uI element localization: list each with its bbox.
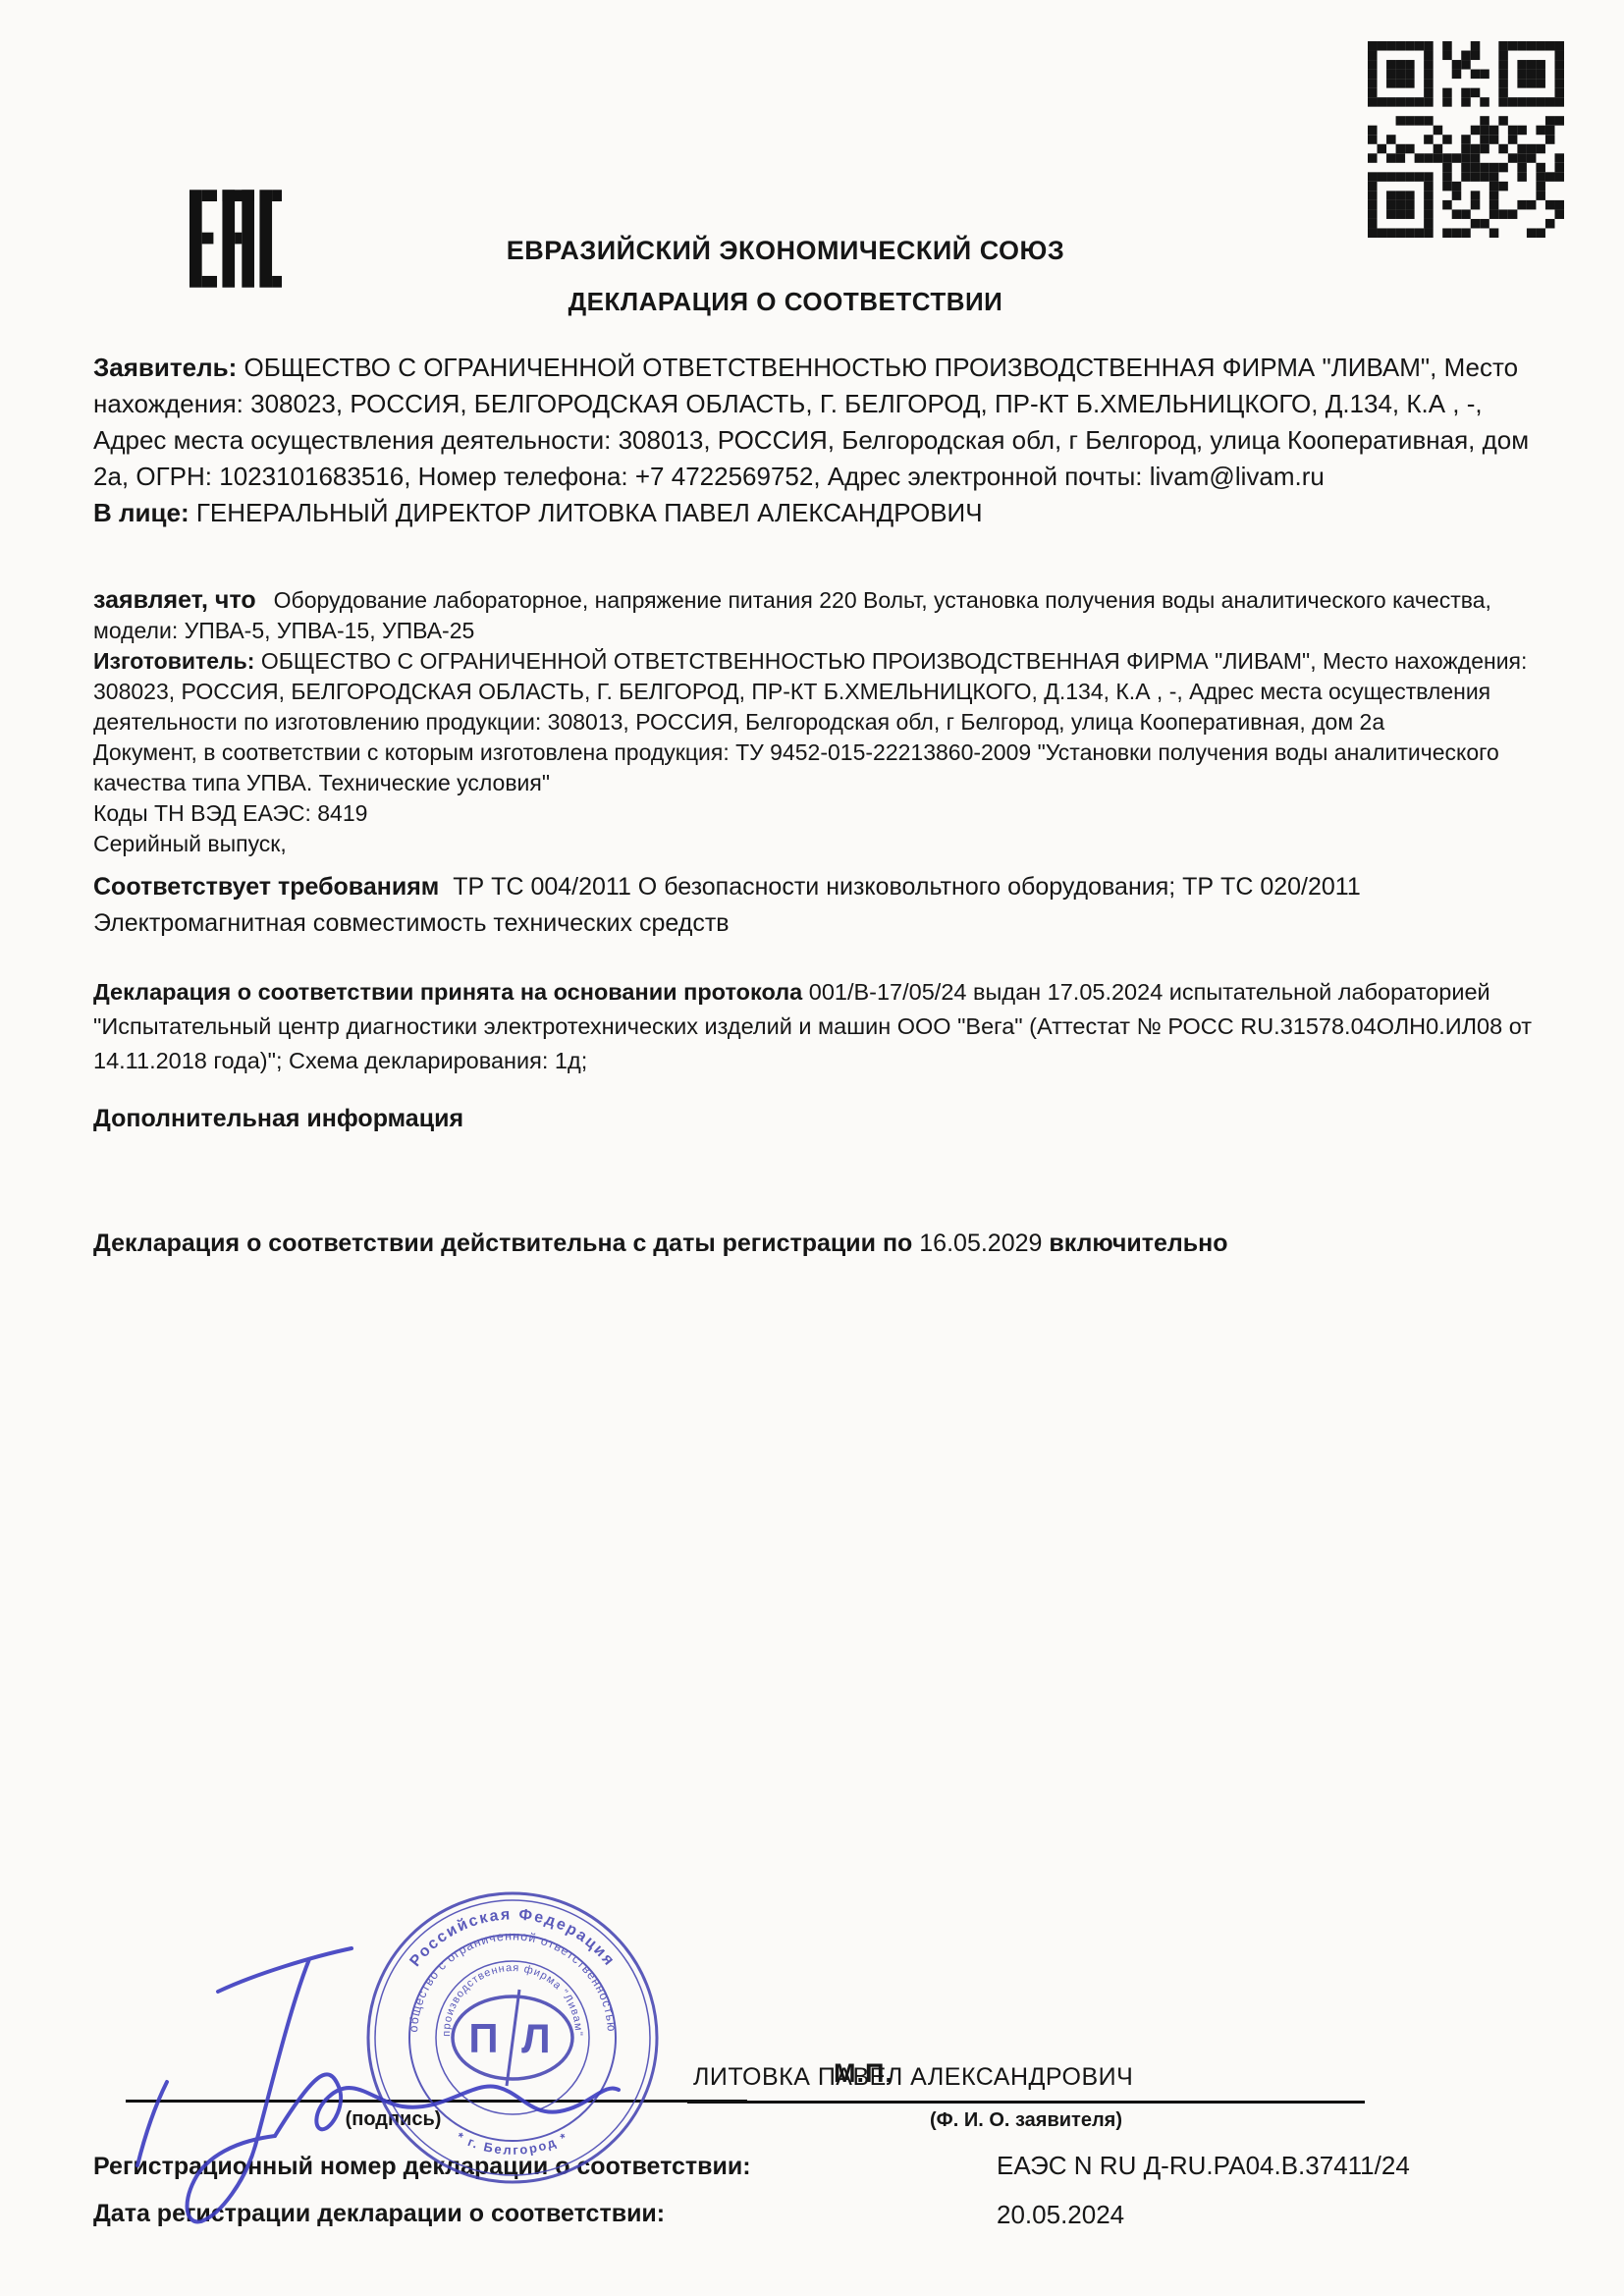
qr-code: [1368, 41, 1564, 238]
registration-date-value: 20.05.2024: [997, 2200, 1124, 2230]
declares-paragraph: заявляет, чтоОборудование лабораторное, …: [93, 585, 1544, 646]
declaration-document: ЕВРАЗИЙСКИЙ ЭКОНОМИЧЕСКИЙ СОЮЗ ДЕКЛАРАЦИ…: [0, 0, 1624, 2296]
additional-info-label: Дополнительная информация: [93, 1104, 1544, 1134]
manufacturer-text: ОБЩЕСТВО С ОГРАНИЧЕННОЙ ОТВЕТСТВЕННОСТЬЮ…: [93, 648, 1527, 735]
in-person-text: ГЕНЕРАЛЬНЫЙ ДИРЕКТОР ЛИТОВКА ПАВЕЛ АЛЕКС…: [196, 498, 983, 527]
applicant-text: ОБЩЕСТВО С ОГРАНИЧЕННОЙ ОТВЕТСТВЕННОСТЬЮ…: [93, 353, 1529, 491]
document-title: ДЕКЛАРАЦИЯ О СООТВЕТСТВИИ: [93, 287, 1478, 317]
serial-line: Серийный выпуск,: [93, 829, 1544, 859]
declares-text: Оборудование лабораторное, напряжение пи…: [93, 587, 1491, 643]
validity-paragraph: Декларация о соответствии действительна …: [93, 1225, 1544, 1262]
applicant-paragraph: Заявитель: ОБЩЕСТВО С ОГРАНИЧЕННОЙ ОТВЕТ…: [93, 350, 1544, 495]
declares-label: заявляет, что: [93, 586, 256, 614]
declarant-name-line: [687, 2101, 1365, 2104]
union-title: ЕВРАЗИЙСКИЙ ЭКОНОМИЧЕСКИЙ СОЮЗ: [93, 236, 1478, 266]
validity-suffix: включительно: [1049, 1230, 1227, 1257]
basis-paragraph: Декларация о соответствии принята на осн…: [93, 975, 1544, 1078]
manufacturer-paragraph: Изготовитель: ОБЩЕСТВО С ОГРАНИЧЕННОЙ ОТ…: [93, 646, 1544, 738]
registration-number-value: ЕАЭС N RU Д-RU.РА04.В.37411/24: [997, 2151, 1410, 2181]
applicant-block: Заявитель: ОБЩЕСТВО С ОГРАНИЧЕННОЙ ОТВЕТ…: [93, 350, 1544, 531]
complies-label: Соответствует требованиям: [93, 873, 439, 901]
complies-paragraph: Соответствует требованиямТР ТС 004/2011 …: [93, 869, 1544, 942]
handwritten-signature: [108, 1915, 677, 2229]
in-person-paragraph: В лице: ГЕНЕРАЛЬНЫЙ ДИРЕКТОР ЛИТОВКА ПАВ…: [93, 495, 1544, 531]
validity-date: 16.05.2029: [919, 1230, 1042, 1257]
validity-label: Декларация о соответствии действительна …: [93, 1230, 912, 1257]
basis-label: Декларация о соответствии принята на осн…: [93, 979, 802, 1005]
product-document-line: Документ, в соответствии с которым изгот…: [93, 738, 1544, 798]
declarant-name-caption: (Ф. И. О. заявителя): [687, 2109, 1365, 2132]
applicant-label: Заявитель:: [93, 353, 237, 382]
in-person-label: В лице:: [93, 498, 189, 527]
document-header: ЕВРАЗИЙСКИЙ ЭКОНОМИЧЕСКИЙ СОЮЗ ДЕКЛАРАЦИ…: [93, 236, 1478, 317]
tnved-line: Коды ТН ВЭД ЕАЭС: 8419: [93, 798, 1544, 829]
product-block: заявляет, чтоОборудование лабораторное, …: [93, 585, 1544, 1134]
declarant-name: ЛИТОВКА ПАВЕЛ АЛЕКСАНДРОВИЧ: [693, 2063, 1133, 2092]
manufacturer-label: Изготовитель:: [93, 648, 254, 674]
